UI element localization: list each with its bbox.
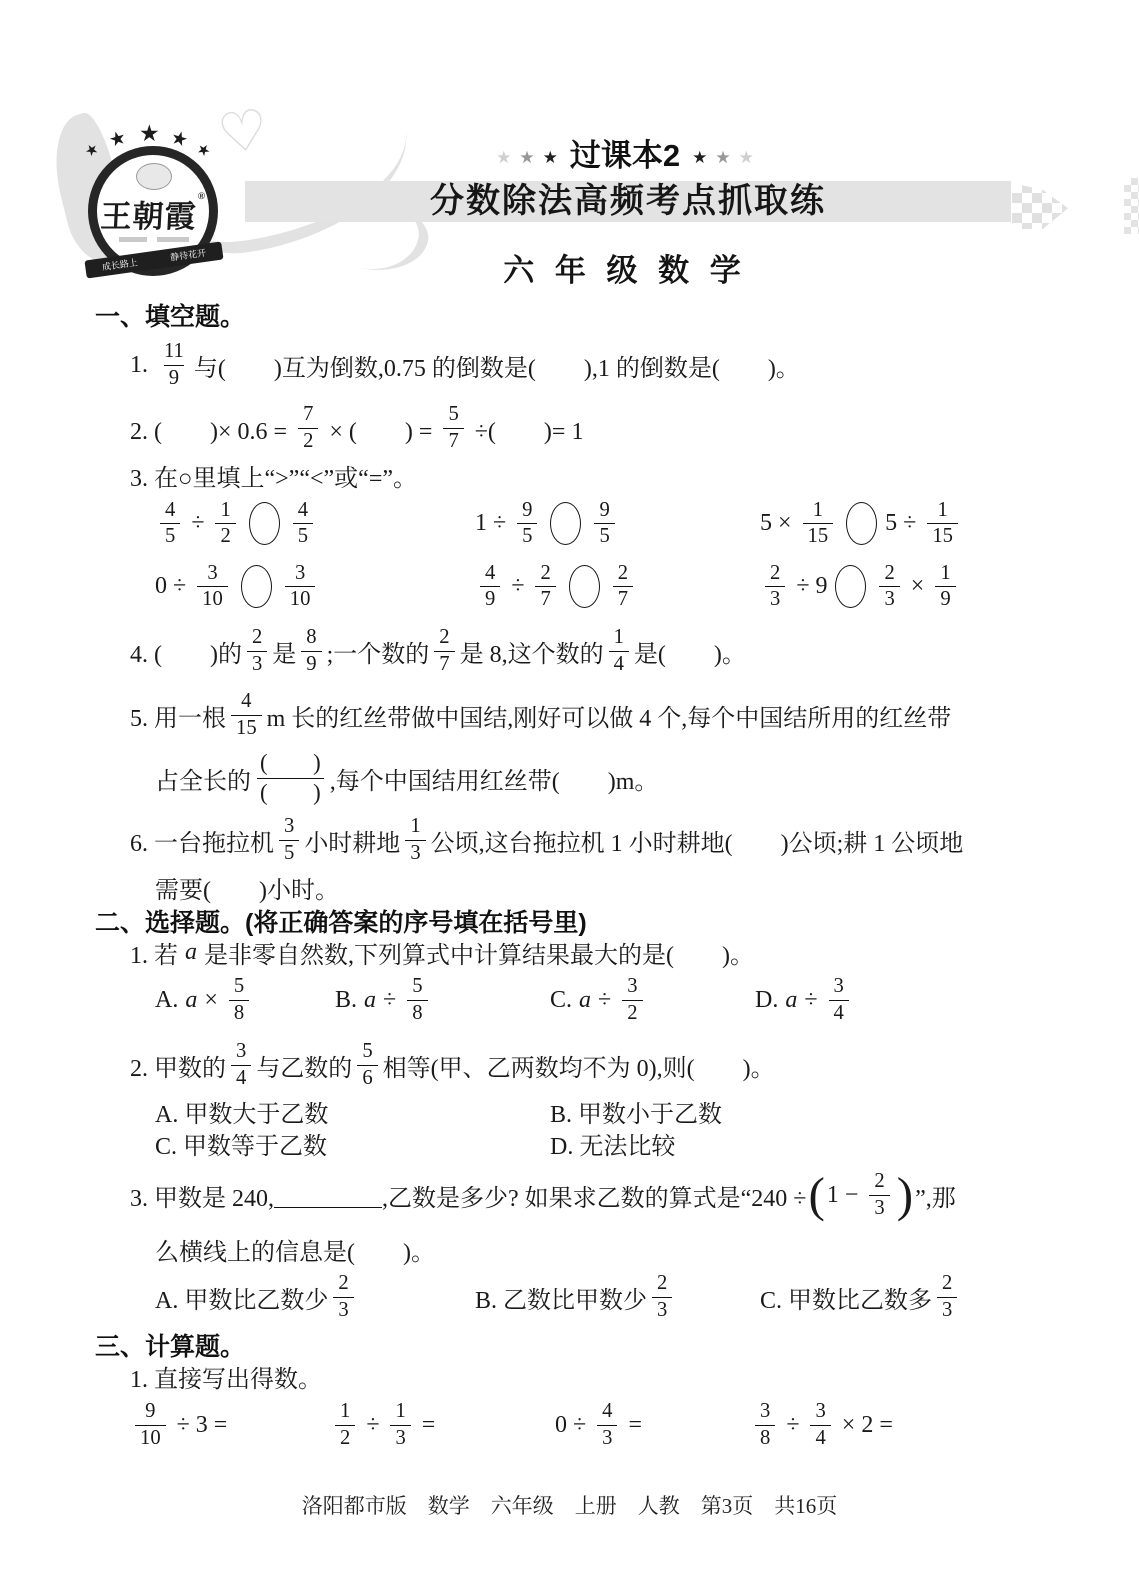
star-icon: ★: [496, 148, 511, 168]
denominator: 6: [357, 1065, 377, 1090]
paren-blank-fraction: ( )( ): [257, 750, 324, 805]
fraction: 23: [937, 1272, 957, 1321]
choice-row: A. a × 58 B. a ÷ 58 C. a ÷ 32 D. a ÷ 34: [155, 968, 1075, 1032]
text-segment: 是 8,这个数的: [460, 634, 604, 669]
comparison-circle-blank: [569, 565, 600, 608]
denominator: 8: [229, 1000, 249, 1025]
text-segment: ×: [198, 987, 224, 1014]
text-segment: ÷: [780, 1412, 805, 1439]
text-segment: ÷: [360, 1412, 385, 1439]
expression-item: 0 ÷ 43 =: [555, 1392, 750, 1458]
banner-title: 过课本2: [570, 138, 680, 173]
numerator: 3: [622, 975, 642, 999]
denominator: 5: [293, 523, 313, 548]
fraction: 27: [535, 562, 555, 611]
variable: a: [578, 987, 592, 1014]
fraction: 56: [357, 1040, 377, 1089]
numerator: 3: [202, 562, 222, 586]
section-title-fill-blanks: 一、填空题。: [95, 299, 245, 331]
text-segment: 是( )。: [634, 634, 746, 669]
denominator: 8: [407, 1000, 427, 1025]
variable: a: [363, 987, 377, 1014]
numerator: 3: [231, 1040, 251, 1064]
lesson-title-band: 分数除法高频考点抓取练: [245, 181, 1011, 222]
star-icon: [139, 121, 160, 147]
section-title-multiple-choice: 二、选择题。(将正确答案的序号填在括号里): [95, 905, 587, 937]
expression-item: 12 ÷ 13 =: [330, 1392, 555, 1458]
text-segment: 1. 直接写出得数。: [130, 1359, 322, 1394]
numerator: 9: [594, 499, 614, 523]
fraction: 43: [597, 1400, 617, 1449]
fraction: 23: [333, 1272, 353, 1321]
numerator: 2: [869, 1170, 889, 1194]
denominator: 3: [937, 1297, 957, 1322]
logo-badge: 王朝霞® 成长路上 静待花开: [88, 146, 218, 276]
numerator: 11: [159, 340, 189, 364]
choice-row: C. 甲数等于乙数 D. 无法比较: [155, 1128, 1075, 1158]
fraction: 910: [135, 1400, 166, 1449]
numerator: 2: [247, 626, 267, 650]
choice-row: A. 甲数大于乙数 B. 甲数小于乙数: [155, 1096, 1075, 1126]
text-segment: ÷ 3 =: [171, 1412, 228, 1439]
numerator: 8: [301, 626, 321, 650]
text-segment: B. 乙数比甲数少: [475, 1280, 647, 1315]
comparison-circle-blank: [241, 565, 272, 608]
text-segment: B. 甲数小于乙数: [550, 1094, 722, 1129]
micro-slogan-decoration: [157, 237, 189, 242]
denominator: 15: [927, 523, 958, 548]
denominator: 9: [164, 365, 184, 390]
text-segment: ;一个数的: [327, 634, 430, 669]
fraction: 95: [594, 499, 614, 548]
denominator: 3: [247, 651, 267, 676]
text-segment: 1.: [130, 352, 154, 379]
variable: a: [184, 939, 198, 966]
banner-title-line: ★★★过课本2★★★: [240, 130, 1010, 175]
numerator: 1: [215, 499, 235, 523]
expression-row: 910 ÷ 3 = 12 ÷ 13 = 0 ÷ 43 = 38 ÷ 34 × 2…: [130, 1392, 1075, 1458]
choice-item: C. 甲数比乙数多23: [760, 1265, 1075, 1329]
denominator: 3: [597, 1425, 617, 1450]
numerator: 9: [517, 499, 537, 523]
text-segment: 需要( )小时。: [155, 870, 339, 905]
denominator: 10: [285, 586, 316, 611]
text-segment: 1 −: [827, 1182, 865, 1209]
denominator: 3: [405, 840, 425, 865]
text-segment: 3. 甲数是 240,: [130, 1178, 274, 1213]
text-segment: ,每个中国结用红丝带( )m。: [330, 761, 659, 796]
grade-subject-title: 六 年 级 数 学: [240, 245, 1010, 290]
text-segment: ÷ 9: [790, 573, 827, 600]
text-segment: 是: [272, 634, 296, 669]
denominator: 9: [935, 586, 955, 611]
choice-item: A. a × 58: [155, 968, 335, 1032]
denominator: 3: [652, 1297, 672, 1322]
expression-item: 910 ÷ 3 =: [130, 1392, 330, 1458]
text-segment: B.: [335, 987, 363, 1014]
choice-item: B. 甲数小于乙数: [550, 1096, 1075, 1126]
text-segment: 1. 若: [130, 935, 184, 970]
text-segment: ÷: [505, 573, 530, 600]
denominator: 5: [279, 840, 299, 865]
question-line: 2. 甲数的34与乙数的56相等(甲、乙两数均不为 0),则( )。: [130, 1034, 775, 1096]
numerator: 1: [933, 499, 953, 523]
fraction: 115: [927, 499, 958, 548]
text-segment: ÷: [798, 987, 823, 1014]
checker-decoration: [1012, 183, 1068, 229]
numerator: 1: [405, 815, 425, 839]
numerator: 4: [236, 690, 256, 714]
numerator: 1: [609, 626, 629, 650]
fraction: 119: [159, 340, 189, 389]
fraction: 72: [298, 403, 318, 452]
denominator: 10: [197, 586, 228, 611]
variable: a: [784, 987, 798, 1014]
denominator: 7: [434, 651, 454, 676]
fraction: 415: [231, 690, 262, 739]
star-icon: ★: [715, 148, 730, 168]
denominator: 2: [622, 1000, 642, 1025]
numerator: 4: [597, 1400, 617, 1424]
star-icon: ★: [739, 148, 754, 168]
star-icon: ★: [692, 148, 707, 168]
fraction: 58: [407, 975, 427, 1024]
text-segment: × 2 =: [836, 1412, 893, 1439]
denominator: 4: [231, 1065, 251, 1090]
close-paren: ): [897, 1174, 913, 1216]
text-segment: ,乙数是多少? 如果求乙数的算式是“240 ÷: [382, 1178, 806, 1213]
text-segment: ÷: [592, 987, 617, 1014]
text-segment: D. 无法比较: [550, 1126, 675, 1161]
denominator: 3: [390, 1425, 410, 1450]
denominator-blank: ( ): [257, 778, 324, 806]
numerator: 2: [434, 626, 454, 650]
comparison-circle-blank: [249, 502, 280, 545]
text-segment: ×: [905, 573, 931, 600]
ribbon-slogan-left: 成长路上: [101, 253, 139, 276]
denominator: 7: [443, 428, 463, 453]
text-segment: C.: [550, 987, 578, 1014]
fraction: 23: [765, 562, 785, 611]
text-segment: A. 甲数大于乙数: [155, 1094, 328, 1129]
fraction: 27: [613, 562, 633, 611]
fraction: 89: [301, 626, 321, 675]
text-segment: 6. 一台拖拉机: [130, 823, 274, 858]
text-segment: 么横线上的信息是( )。: [155, 1232, 435, 1267]
comparison-item: 1 ÷ 9595: [475, 492, 760, 555]
choice-item: D. 无法比较: [550, 1128, 1075, 1158]
numerator: 1: [390, 1400, 410, 1424]
fraction: 27: [434, 626, 454, 675]
question-line: 么横线上的信息是( )。: [155, 1234, 435, 1265]
choice-item: B. 乙数比甲数少23: [475, 1265, 760, 1329]
numerator: 1: [335, 1400, 355, 1424]
denominator: 5: [517, 523, 537, 548]
lesson-title: 分数除法高频考点抓取练: [430, 182, 826, 220]
text-segment: 与乙数的: [256, 1048, 352, 1083]
text-segment: 是非零自然数,下列算式中计算结果最大的是( )。: [198, 935, 754, 970]
numerator: 4: [160, 499, 180, 523]
denominator: 4: [609, 651, 629, 676]
choice-item: C. a ÷ 32: [550, 968, 755, 1032]
text-segment: D.: [755, 987, 784, 1014]
numerator: 1: [935, 562, 955, 586]
fraction: 13: [405, 815, 425, 864]
numerator: 9: [140, 1400, 160, 1424]
choice-row: A. 甲数比乙数少23 B. 乙数比甲数少23 C. 甲数比乙数多23: [155, 1265, 1075, 1329]
fraction: 23: [879, 562, 899, 611]
question-line: 6. 一台拖拉机35小时耕地13公顷,这台拖拉机 1 小时耕地( )公顷;耕 1…: [130, 809, 963, 871]
checker-decoration: [1124, 178, 1139, 234]
denominator: 3: [869, 1195, 889, 1220]
denominator: 5: [160, 523, 180, 548]
question-line: 5. 用一根415m 长的红丝带做中国结,刚好可以做 4 个,每个中国结所用的红…: [130, 683, 951, 747]
fraction: 58: [229, 975, 249, 1024]
logo-ribbon-banner: 成长路上 静待花开: [84, 241, 223, 278]
numerator: 2: [613, 562, 633, 586]
numerator: 3: [829, 975, 849, 999]
expression-item: 38 ÷ 34 × 2 =: [750, 1392, 1075, 1458]
text-segment: A. 甲数比乙数少: [155, 1280, 328, 1315]
text-segment: 相等(甲、乙两数均不为 0),则( )。: [383, 1048, 775, 1083]
star-icon: ★: [519, 148, 534, 168]
comparison-item: 45 ÷ 1245: [155, 492, 475, 555]
text-segment: 4. ( )的: [130, 634, 242, 669]
text-segment: C. 甲数等于乙数: [155, 1126, 327, 1161]
section-title-calculation: 三、计算题。: [95, 1329, 245, 1361]
text-segment: 公顷,这台拖拉机 1 小时耕地( )公顷;耕 1 公顷地: [431, 823, 964, 858]
numerator: 2: [535, 562, 555, 586]
text-segment: m 长的红丝带做中国结,刚好可以做 4 个,每个中国结所用的红丝带: [267, 698, 952, 733]
numerator: 3: [290, 562, 310, 586]
comparison-item: 49 ÷ 2727: [475, 555, 760, 618]
comparison-grid: 45 ÷ 1245 1 ÷ 9595 5 × 1155 ÷ 115 0 ÷ 31…: [155, 492, 1075, 618]
denominator: 5: [594, 523, 614, 548]
text-segment: 2. 甲数的: [130, 1048, 226, 1083]
fraction: 32: [622, 975, 642, 1024]
comparison-item: 0 ÷ 310310: [155, 555, 475, 618]
text-segment: A.: [155, 987, 184, 1014]
fraction: 310: [285, 562, 316, 611]
text-segment: 0 ÷: [555, 1412, 592, 1439]
fraction: 23: [652, 1272, 672, 1321]
question-line: 占全长的( )( ),每个中国结用红丝带( )m。: [155, 747, 658, 809]
denominator: 8: [755, 1425, 775, 1450]
question-line: 1. 直接写出得数。: [130, 1361, 322, 1392]
denominator: 7: [613, 586, 633, 611]
text-segment: 5. 用一根: [130, 698, 226, 733]
numerator: 5: [229, 975, 249, 999]
numerator: 5: [407, 975, 427, 999]
comparison-item: 5 × 1155 ÷ 115: [760, 492, 1075, 555]
comparison-circle-blank: [846, 502, 877, 545]
text-segment: =: [622, 1412, 642, 1439]
choice-item: C. 甲数等于乙数: [155, 1128, 550, 1158]
choice-item: A. 甲数大于乙数: [155, 1096, 550, 1126]
denominator: 9: [480, 586, 500, 611]
star-icon: ★: [543, 148, 558, 168]
question-line: 1. 若 a 是非零自然数,下列算式中计算结果最大的是( )。: [130, 937, 754, 968]
fraction: 57: [443, 403, 463, 452]
text-segment: 2. ( )× 0.6 =: [130, 411, 293, 446]
numerator: 4: [480, 562, 500, 586]
fraction: 38: [755, 1400, 775, 1449]
choice-item: B. a ÷ 58: [335, 968, 550, 1032]
fraction: 14: [609, 626, 629, 675]
numerator: 4: [293, 499, 313, 523]
denominator: 3: [879, 586, 899, 611]
text-segment: ÷( )= 1: [469, 411, 584, 446]
question-line: 4. ( )的23是89;一个数的27是 8,这个数的14是( )。: [130, 619, 746, 683]
question-line: 3. 甲数是 240,,乙数是多少? 如果求乙数的算式是“240 ÷(1 − 2…: [130, 1158, 956, 1232]
denominator: 15: [803, 523, 834, 548]
fraction: 23: [869, 1170, 889, 1219]
text-segment: × ( ) =: [323, 411, 438, 446]
fraction: 34: [231, 1040, 251, 1089]
numerator-blank: ( ): [257, 750, 324, 777]
registered-mark: ®: [197, 191, 206, 202]
micro-slogan-decoration: [119, 237, 147, 242]
question-line: 2. ( )× 0.6 = 72 × ( ) = 57 ÷( )= 1: [130, 397, 583, 459]
text-segment: C. 甲数比乙数多: [760, 1280, 932, 1315]
numerator: 5: [357, 1040, 377, 1064]
fraction: 12: [335, 1400, 355, 1449]
text-segment: ÷: [185, 510, 210, 537]
numerator: 2: [765, 562, 785, 586]
numerator: 7: [298, 403, 318, 427]
variable: a: [184, 987, 198, 1014]
worksheet-page: ♡ 王朝霞® 成长路上 静待花开 ★★★过课本2★★★ 分数除法高频考点抓取练 …: [0, 0, 1139, 1582]
comparison-circle-blank: [550, 502, 581, 545]
numerator: 3: [810, 1400, 830, 1424]
text-segment: 0 ÷: [155, 573, 192, 600]
ribbon-slogan-right: 静待花开: [169, 244, 207, 267]
fraction: 19: [935, 562, 955, 611]
fraction: 34: [829, 975, 849, 1024]
question-line: 1. 119与( )互为倒数,0.75 的倒数是( ),1 的倒数是( )。: [130, 333, 800, 397]
fraction: 45: [160, 499, 180, 548]
brand-text: 王朝霞: [100, 199, 198, 234]
text-segment: 5 ×: [760, 510, 798, 537]
denominator: 4: [810, 1425, 830, 1450]
fraction: 34: [810, 1400, 830, 1449]
open-paren: (: [808, 1174, 824, 1216]
text-segment: =: [416, 1412, 436, 1439]
comparison-circle-blank: [835, 565, 866, 608]
numerator: 2: [652, 1272, 672, 1296]
numerator: 2: [333, 1272, 353, 1296]
fraction: 49: [480, 562, 500, 611]
question-line: 3. 在○里填上“>”“<”或“=”。: [130, 459, 417, 492]
denominator: 10: [135, 1425, 166, 1450]
fraction: 95: [517, 499, 537, 548]
denominator: 3: [765, 586, 785, 611]
fraction: 115: [803, 499, 834, 548]
portrait-icon: [136, 163, 172, 190]
numerator: 3: [755, 1400, 775, 1424]
text-segment: ÷: [377, 987, 402, 1014]
comparison-item: 23 ÷ 923 × 19: [760, 555, 1075, 618]
denominator: 4: [829, 1000, 849, 1025]
numerator: 2: [937, 1272, 957, 1296]
choice-item: D. a ÷ 34: [755, 968, 1075, 1032]
denominator: 3: [333, 1297, 353, 1322]
star-icon: [106, 126, 128, 152]
text-segment: 1 ÷: [475, 510, 512, 537]
fraction: 310: [197, 562, 228, 611]
numerator: 5: [443, 403, 463, 427]
denominator: 7: [535, 586, 555, 611]
fill-blank-line: [274, 1182, 382, 1208]
question-line: 需要( )小时。: [155, 871, 339, 904]
denominator: 9: [301, 651, 321, 676]
choice-item: A. 甲数比乙数少23: [155, 1265, 475, 1329]
denominator: 15: [231, 715, 262, 740]
fraction: 13: [390, 1400, 410, 1449]
text-segment: 5 ÷: [885, 510, 922, 537]
denominator: 2: [215, 523, 235, 548]
fraction: 12: [215, 499, 235, 548]
brand-name: 王朝霞®: [96, 191, 210, 236]
denominator: 2: [335, 1425, 355, 1450]
numerator: 3: [279, 815, 299, 839]
text-segment: 小时耕地: [304, 823, 400, 858]
fraction: 45: [293, 499, 313, 548]
denominator: 2: [298, 428, 318, 453]
numerator: 1: [808, 499, 828, 523]
numerator: 2: [879, 562, 899, 586]
text-segment: ”,那: [915, 1178, 956, 1213]
page-footer: 洛阳都市版 数学 六年级 上册 人教 第3页 共16页: [0, 1490, 1139, 1520]
text-segment: 占全长的: [155, 761, 251, 796]
text-segment: 与( )互为倒数,0.75 的倒数是( ),1 的倒数是( )。: [194, 348, 800, 383]
fraction: 35: [279, 815, 299, 864]
text-segment: 3. 在○里填上“>”“<”或“=”。: [130, 458, 417, 493]
fraction: 23: [247, 626, 267, 675]
